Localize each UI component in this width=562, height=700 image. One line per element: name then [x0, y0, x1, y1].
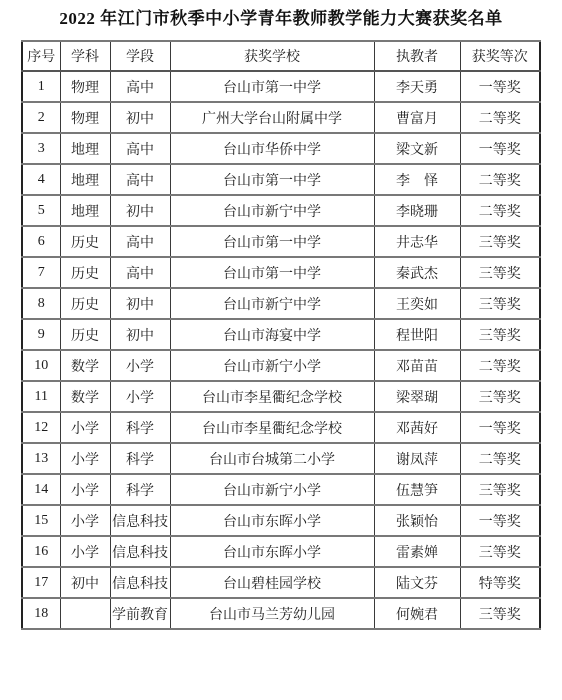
- cell-index: 10: [22, 350, 60, 381]
- cell-stage: 初中: [110, 288, 170, 319]
- cell-school: 台山市新宁小学: [170, 474, 374, 505]
- cell-teacher: 陆文芬: [374, 567, 460, 598]
- table-body: 1物理高中台山市第一中学李天勇一等奖2物理初中广州大学台山附属中学曹富月二等奖3…: [22, 71, 540, 629]
- cell-stage: 科学: [110, 474, 170, 505]
- cell-subject: 初中: [60, 567, 110, 598]
- cell-award: 二等奖: [460, 195, 540, 226]
- table-row: 2物理初中广州大学台山附属中学曹富月二等奖: [22, 102, 540, 133]
- cell-stage: 科学: [110, 412, 170, 443]
- cell-award: 特等奖: [460, 567, 540, 598]
- cell-stage: 高中: [110, 226, 170, 257]
- cell-school: 广州大学台山附属中学: [170, 102, 374, 133]
- cell-award: 一等奖: [460, 133, 540, 164]
- awards-table: 序号学科学段获奖学校执教者获奖等次 1物理高中台山市第一中学李天勇一等奖2物理初…: [21, 40, 541, 630]
- cell-teacher: 李 怿: [374, 164, 460, 195]
- cell-award: 二等奖: [460, 164, 540, 195]
- cell-subject: 小学: [60, 505, 110, 536]
- table-row: 5地理初中台山市新宁中学李晓珊二等奖: [22, 195, 540, 226]
- cell-teacher: 梁文新: [374, 133, 460, 164]
- cell-stage: 高中: [110, 133, 170, 164]
- cell-index: 14: [22, 474, 60, 505]
- cell-index: 11: [22, 381, 60, 412]
- cell-index: 13: [22, 443, 60, 474]
- document-page: 2022 年江门市秋季中小学青年教师教学能力大赛获奖名单 序号学科学段获奖学校执…: [0, 0, 562, 700]
- document-title: 2022 年江门市秋季中小学青年教师教学能力大赛获奖名单: [0, 0, 562, 30]
- cell-teacher: 何婉君: [374, 598, 460, 629]
- table-header: 序号学科学段获奖学校执教者获奖等次: [22, 41, 540, 71]
- column-header-subject: 学科: [60, 41, 110, 71]
- table-row: 8历史初中台山市新宁中学王奕如三等奖: [22, 288, 540, 319]
- cell-award: 三等奖: [460, 319, 540, 350]
- cell-index: 18: [22, 598, 60, 629]
- cell-stage: 信息科技: [110, 567, 170, 598]
- cell-school: 台山市第一中学: [170, 226, 374, 257]
- cell-award: 二等奖: [460, 102, 540, 133]
- cell-award: 三等奖: [460, 536, 540, 567]
- table-row: 15小学信息科技台山市东晖小学张颖怡一等奖: [22, 505, 540, 536]
- cell-stage: 科学: [110, 443, 170, 474]
- cell-teacher: 李晓珊: [374, 195, 460, 226]
- cell-school: 台山市新宁小学: [170, 350, 374, 381]
- table-row: 1物理高中台山市第一中学李天勇一等奖: [22, 71, 540, 102]
- table-row: 9历史初中台山市海宴中学程世阳三等奖: [22, 319, 540, 350]
- cell-index: 1: [22, 71, 60, 102]
- cell-index: 3: [22, 133, 60, 164]
- cell-teacher: 邓苗苗: [374, 350, 460, 381]
- cell-stage: 小学: [110, 350, 170, 381]
- cell-subject: 数学: [60, 381, 110, 412]
- cell-award: 三等奖: [460, 257, 540, 288]
- cell-subject: 小学: [60, 443, 110, 474]
- cell-stage: 小学: [110, 381, 170, 412]
- cell-school: 台山市东晖小学: [170, 536, 374, 567]
- cell-teacher: 梁翠瑚: [374, 381, 460, 412]
- column-header-teacher: 执教者: [374, 41, 460, 71]
- table-row: 13小学科学台山市台城第二小学谢凤萍二等奖: [22, 443, 540, 474]
- column-header-school: 获奖学校: [170, 41, 374, 71]
- cell-subject: 地理: [60, 164, 110, 195]
- cell-subject: 物理: [60, 71, 110, 102]
- cell-school: 台山市第一中学: [170, 71, 374, 102]
- cell-teacher: 谢凤萍: [374, 443, 460, 474]
- table-row: 10数学小学台山市新宁小学邓苗苗二等奖: [22, 350, 540, 381]
- cell-subject: 数学: [60, 350, 110, 381]
- cell-award: 三等奖: [460, 381, 540, 412]
- cell-teacher: 邓茜好: [374, 412, 460, 443]
- cell-teacher: 伍慧笋: [374, 474, 460, 505]
- table-row: 17初中信息科技台山碧桂园学校陆文芬特等奖: [22, 567, 540, 598]
- cell-subject: 物理: [60, 102, 110, 133]
- cell-teacher: 张颖怡: [374, 505, 460, 536]
- cell-teacher: 王奕如: [374, 288, 460, 319]
- cell-subject: 地理: [60, 133, 110, 164]
- cell-stage: 初中: [110, 195, 170, 226]
- cell-subject: 历史: [60, 226, 110, 257]
- cell-stage: 高中: [110, 257, 170, 288]
- cell-stage: 初中: [110, 102, 170, 133]
- table-row: 11数学小学台山市李星衢纪念学校梁翠瑚三等奖: [22, 381, 540, 412]
- column-header-stage: 学段: [110, 41, 170, 71]
- cell-school: 台山市台城第二小学: [170, 443, 374, 474]
- cell-school: 台山市马兰芳幼儿园: [170, 598, 374, 629]
- cell-index: 17: [22, 567, 60, 598]
- cell-index: 15: [22, 505, 60, 536]
- cell-teacher: 程世阳: [374, 319, 460, 350]
- cell-award: 三等奖: [460, 226, 540, 257]
- table-row: 7历史高中台山市第一中学秦武杰三等奖: [22, 257, 540, 288]
- cell-stage: 高中: [110, 71, 170, 102]
- cell-award: 一等奖: [460, 412, 540, 443]
- cell-school: 台山市李星衢纪念学校: [170, 381, 374, 412]
- cell-school: 台山市第一中学: [170, 257, 374, 288]
- header-row: 序号学科学段获奖学校执教者获奖等次: [22, 41, 540, 71]
- cell-award: 二等奖: [460, 443, 540, 474]
- cell-school: 台山市李星衢纪念学校: [170, 412, 374, 443]
- cell-school: 台山市海宴中学: [170, 319, 374, 350]
- cell-subject: 历史: [60, 288, 110, 319]
- cell-stage: 学前教育: [110, 598, 170, 629]
- table-row: 16小学信息科技台山市东晖小学雷素婵三等奖: [22, 536, 540, 567]
- cell-teacher: 秦武杰: [374, 257, 460, 288]
- cell-index: 16: [22, 536, 60, 567]
- table-row: 12小学科学台山市李星衢纪念学校邓茜好一等奖: [22, 412, 540, 443]
- cell-index: 9: [22, 319, 60, 350]
- cell-subject: 历史: [60, 319, 110, 350]
- column-header-index: 序号: [22, 41, 60, 71]
- cell-subject: [60, 598, 110, 629]
- cell-school: 台山市新宁中学: [170, 288, 374, 319]
- cell-school: 台山市华侨中学: [170, 133, 374, 164]
- cell-award: 三等奖: [460, 288, 540, 319]
- cell-school: 台山碧桂园学校: [170, 567, 374, 598]
- cell-teacher: 雷素婵: [374, 536, 460, 567]
- table-row: 3地理高中台山市华侨中学梁文新一等奖: [22, 133, 540, 164]
- column-header-award: 获奖等次: [460, 41, 540, 71]
- cell-teacher: 井志华: [374, 226, 460, 257]
- cell-teacher: 曹富月: [374, 102, 460, 133]
- cell-stage: 高中: [110, 164, 170, 195]
- cell-index: 5: [22, 195, 60, 226]
- cell-index: 12: [22, 412, 60, 443]
- cell-school: 台山市东晖小学: [170, 505, 374, 536]
- cell-school: 台山市第一中学: [170, 164, 374, 195]
- cell-teacher: 李天勇: [374, 71, 460, 102]
- table-row: 6历史高中台山市第一中学井志华三等奖: [22, 226, 540, 257]
- cell-index: 8: [22, 288, 60, 319]
- cell-subject: 地理: [60, 195, 110, 226]
- cell-award: 三等奖: [460, 598, 540, 629]
- cell-subject: 小学: [60, 474, 110, 505]
- cell-subject: 历史: [60, 257, 110, 288]
- cell-award: 一等奖: [460, 71, 540, 102]
- cell-index: 2: [22, 102, 60, 133]
- cell-subject: 小学: [60, 536, 110, 567]
- cell-subject: 小学: [60, 412, 110, 443]
- cell-award: 三等奖: [460, 474, 540, 505]
- cell-stage: 信息科技: [110, 505, 170, 536]
- cell-stage: 初中: [110, 319, 170, 350]
- cell-index: 6: [22, 226, 60, 257]
- table-row: 4地理高中台山市第一中学李 怿二等奖: [22, 164, 540, 195]
- cell-school: 台山市新宁中学: [170, 195, 374, 226]
- table-row: 14小学科学台山市新宁小学伍慧笋三等奖: [22, 474, 540, 505]
- cell-index: 7: [22, 257, 60, 288]
- cell-award: 二等奖: [460, 350, 540, 381]
- table-row: 18学前教育台山市马兰芳幼儿园何婉君三等奖: [22, 598, 540, 629]
- cell-index: 4: [22, 164, 60, 195]
- cell-award: 一等奖: [460, 505, 540, 536]
- cell-stage: 信息科技: [110, 536, 170, 567]
